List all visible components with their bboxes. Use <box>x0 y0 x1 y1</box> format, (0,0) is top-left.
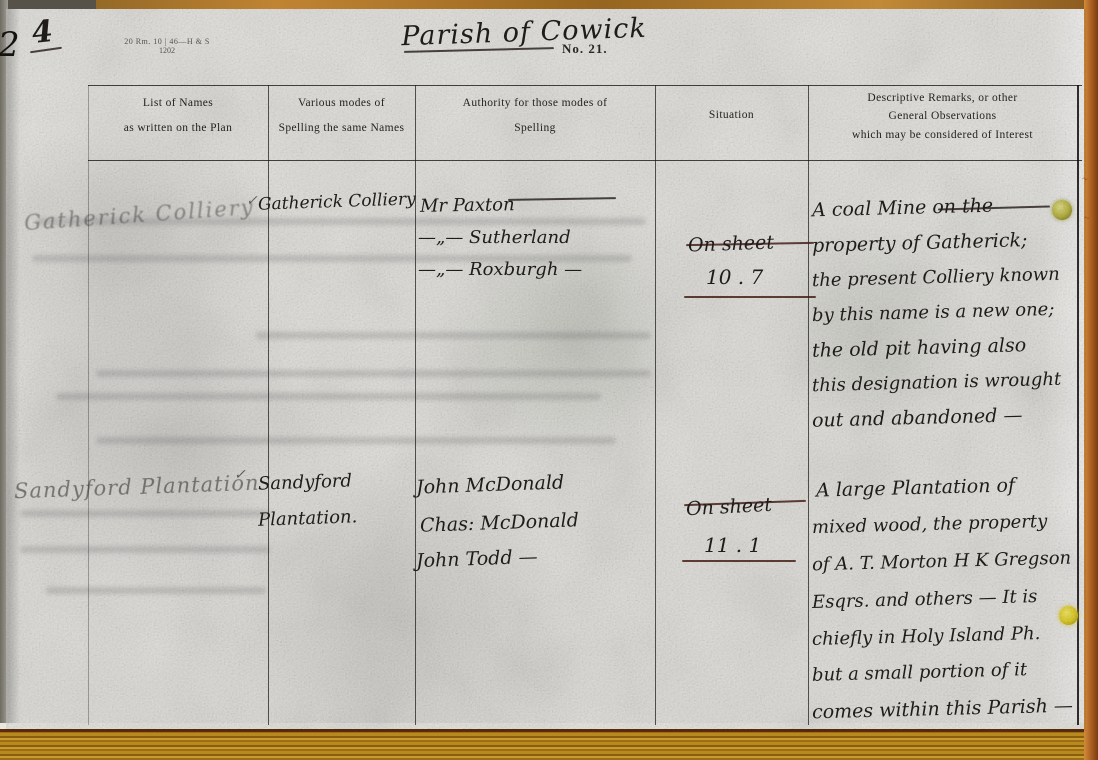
row1-remarks-line5: the old pit having also <box>812 334 1027 362</box>
row2-situation-sheet: On sheet <box>685 494 772 520</box>
table-top-rule <box>88 85 1082 86</box>
row2-remarks-line3: of A. T. Morton H K Gregson <box>812 548 1072 576</box>
row1-spelling: Gatherick Colliery <box>258 189 416 214</box>
row1-tick: ✓ <box>246 193 258 209</box>
table-surface-bottom <box>0 732 1098 760</box>
row2-tick: ✓ <box>234 467 246 483</box>
table-vline-1 <box>268 85 269 725</box>
smudge-streak <box>46 587 266 594</box>
row2-authority-1: John McDonald <box>416 471 565 498</box>
underlying-page-number: 2 <box>0 25 20 65</box>
row2-spelling-line2: Plantation. <box>258 506 358 530</box>
scanned-document: 2 4 20 Rm. 10 | 46—H & S 1202 Parish of … <box>0 0 1098 760</box>
fastener-dot-bottom <box>1059 606 1078 625</box>
document-page: 2 4 20 Rm. 10 | 46—H & S 1202 Parish of … <box>6 9 1086 731</box>
archive-stamp: 20 Rm. 10 | 46—H & S 1202 <box>92 37 242 55</box>
table-vline-2 <box>415 85 416 725</box>
smudge-streak <box>20 510 270 517</box>
sheet-number: No. 21. <box>562 41 608 57</box>
header-spelling-line2: Spelling the same Names <box>268 122 415 134</box>
row1-remarks-line7: out and abandoned — <box>812 404 1023 432</box>
row2-remarks-line5: chiefly in Holy Island Ph. <box>812 623 1041 650</box>
row2-authority-2: Chas: McDonald <box>420 509 580 537</box>
header-remarks-line3: which may be considered of Interest <box>808 129 1077 141</box>
header-remarks-line1: Descriptive Remarks, or other <box>808 92 1077 104</box>
book-binding-edge <box>1084 0 1098 760</box>
table-header-rule <box>88 160 1082 161</box>
row1-remarks-line2: property of Gatherick; <box>812 229 1028 257</box>
row2-authority-3: John Todd — <box>416 546 538 572</box>
row1-authority-flourish <box>508 197 616 201</box>
table-vline-left <box>88 85 89 725</box>
archive-stamp-line2: 1202 <box>92 46 242 55</box>
row1-remarks-line3: the present Colliery known <box>812 264 1060 291</box>
row2-spelling-line1: Sandyford <box>258 470 353 494</box>
row1-authority-1: Mr Paxton <box>420 194 515 217</box>
row1-remarks-line6: this designation is wrought <box>812 369 1062 397</box>
row2-remarks-line4: Esqrs. and others — It is <box>812 586 1038 613</box>
table-vline-right <box>1077 85 1079 725</box>
smudge-streak <box>56 393 601 400</box>
page-number: 4 <box>30 14 54 51</box>
header-authority-line2: Spelling <box>415 122 655 134</box>
archive-stamp-line1: 20 Rm. 10 | 46—H & S <box>92 37 242 46</box>
row2-situation-ref: 11 . 1 <box>704 533 761 557</box>
row1-authority-3: —„— Roxburgh — <box>418 259 582 280</box>
row2-remarks-line2: mixed wood, the property <box>812 511 1048 538</box>
row2-plan-name: Sandyford Plantation <box>14 471 260 504</box>
header-names-line2: as written on the Plan <box>88 122 268 134</box>
table-vline-4 <box>808 85 809 725</box>
row2-remarks-line7: comes within this Parish — <box>812 695 1073 724</box>
row2-remarks-line1: A large Plantation of <box>816 474 1015 501</box>
row1-situation-sheet: On sheet <box>688 232 775 257</box>
fastener-dot-top <box>1052 200 1072 220</box>
table-vline-3 <box>655 85 656 725</box>
row1-situation-ref: 10 . 7 <box>706 265 763 289</box>
header-spelling-line1: Various modes of <box>268 97 415 109</box>
header-names-line1: List of Names <box>88 97 268 109</box>
smudge-streak <box>256 332 651 339</box>
smudge-streak <box>96 370 651 377</box>
row1-remarks-line4: by this name is a new one; <box>812 299 1055 326</box>
smudge-streak <box>96 437 616 444</box>
row1-situation-underline <box>684 296 816 298</box>
header-situation: Situation <box>655 109 808 121</box>
row2-situation-underline <box>682 560 796 562</box>
row2-remarks-line6: but a small portion of it <box>812 659 1028 686</box>
header-remarks-line2: General Observations <box>808 110 1077 122</box>
row1-plan-name: Gatherick Colliery <box>23 195 255 235</box>
row1-authority-2: —„— Sutherland <box>418 227 571 248</box>
header-authority-line1: Authority for those modes of <box>415 97 655 109</box>
smudge-streak <box>20 546 270 553</box>
